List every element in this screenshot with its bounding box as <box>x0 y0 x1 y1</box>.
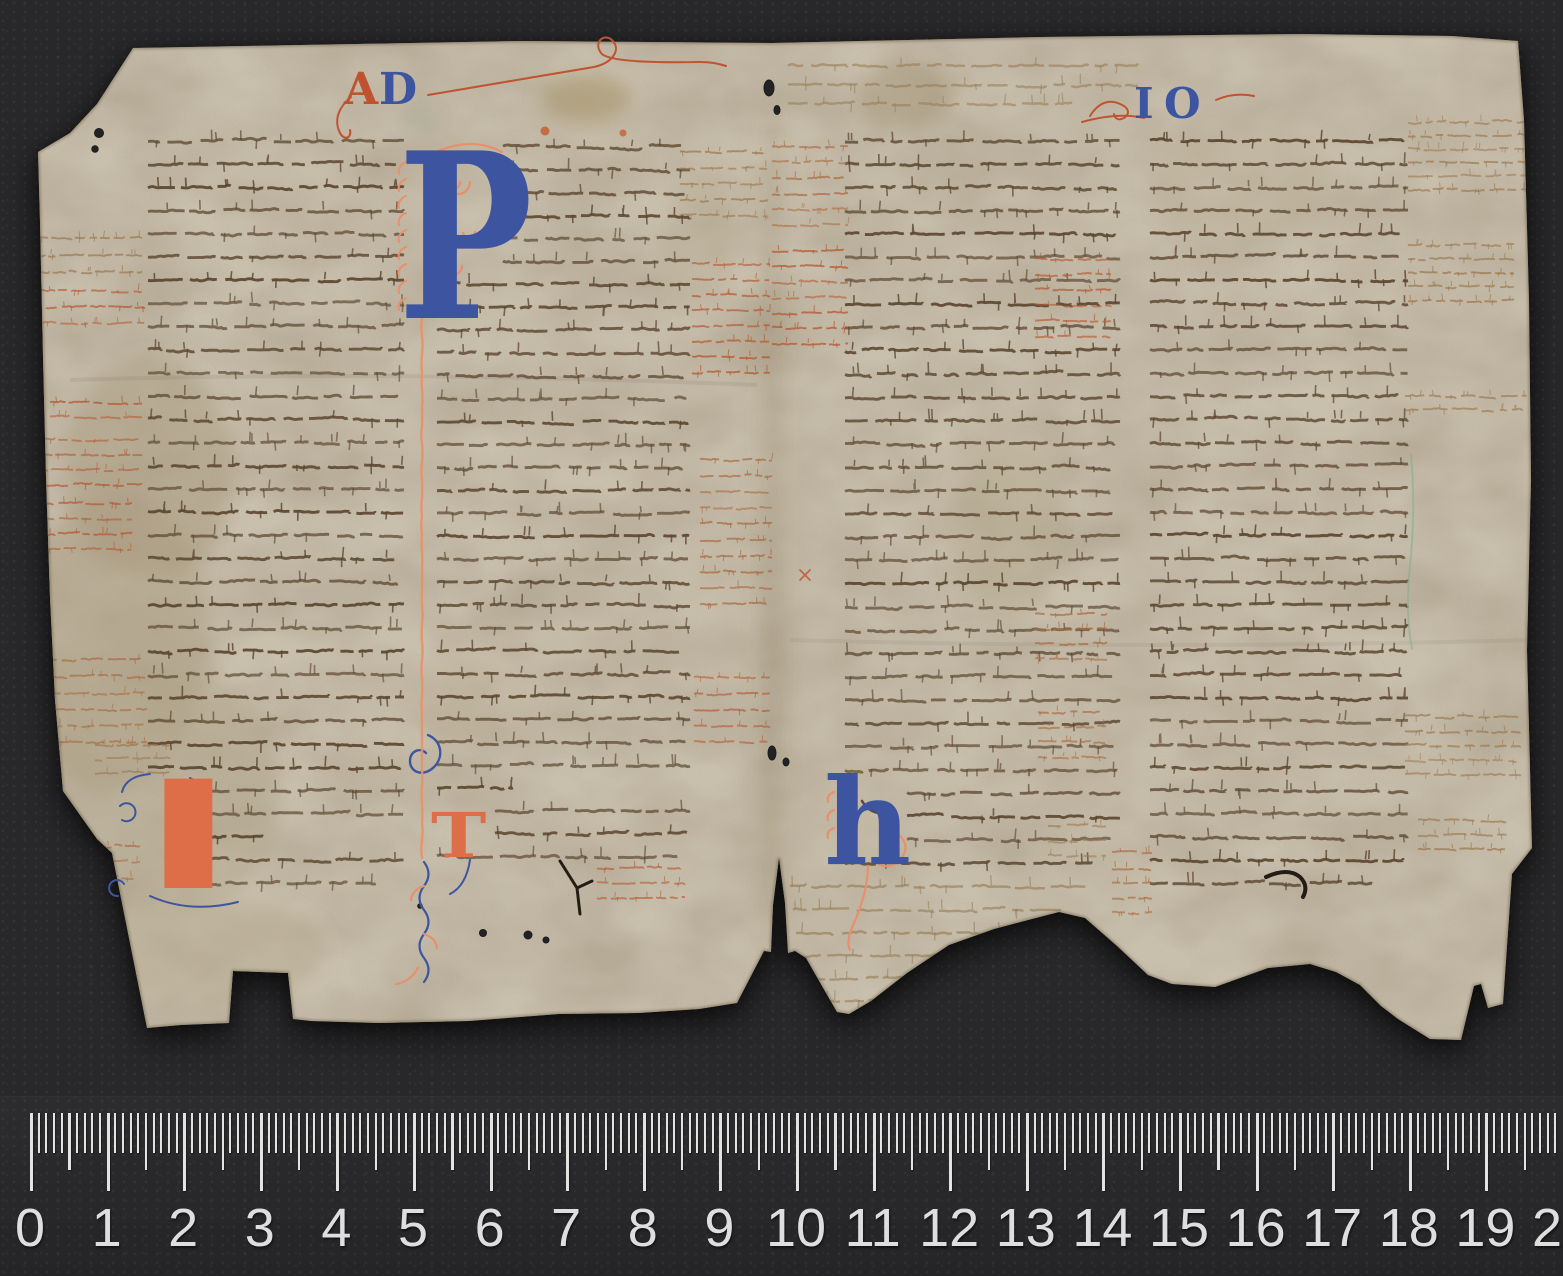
ruler-tick <box>1011 1113 1013 1153</box>
ruler-tick <box>290 1113 292 1153</box>
ruler-tick <box>1554 1113 1556 1153</box>
ruler-tick <box>474 1113 476 1153</box>
ruler-tick <box>628 1113 630 1153</box>
ruler-tick <box>1470 1113 1472 1153</box>
ruler-tick <box>651 1113 653 1153</box>
ruler-tick <box>788 1113 790 1153</box>
ruler-tick <box>76 1113 78 1153</box>
ruler-tick <box>972 1113 974 1153</box>
ruler-tick <box>827 1113 829 1153</box>
ruler-tick <box>1125 1113 1127 1153</box>
ruler-tick <box>1156 1113 1158 1153</box>
ruler-tick <box>206 1113 208 1153</box>
ruler-tick <box>1256 1113 1259 1191</box>
ruler-tick <box>873 1113 876 1191</box>
initial-t: T <box>431 800 486 872</box>
ruler-tick <box>1325 1113 1327 1153</box>
ruler-tick <box>1018 1113 1020 1153</box>
ruler-tick <box>1072 1113 1074 1153</box>
ruler-tick <box>834 1113 836 1170</box>
ruler-tick <box>1095 1113 1097 1153</box>
parchment-fragment: A D I O P I T h <box>0 0 1563 1276</box>
ruler-tick <box>398 1113 400 1153</box>
ruler-tick <box>459 1113 461 1153</box>
ruler-tick <box>1462 1113 1464 1153</box>
ruler-tick <box>589 1113 591 1153</box>
ruler-tick <box>551 1113 553 1153</box>
ruler-tick <box>597 1113 599 1153</box>
ruler-tick <box>1248 1113 1250 1153</box>
ruler-tick <box>130 1113 132 1153</box>
ruler-tick <box>1049 1113 1051 1153</box>
ruler-tick <box>965 1113 967 1153</box>
running-title-right-letter-i: I <box>1134 79 1154 128</box>
ruler-number: 16 <box>1226 1197 1286 1259</box>
ruler-tick <box>444 1113 446 1153</box>
ruler-tick <box>490 1113 493 1191</box>
ruler-tick <box>413 1113 416 1191</box>
ruler-tick <box>1056 1113 1058 1153</box>
ruler-tick <box>252 1113 254 1153</box>
ruler-tick <box>903 1113 905 1153</box>
ruler-tick <box>1409 1113 1412 1191</box>
ruler-tick <box>1478 1113 1480 1153</box>
ruler-number: 2 <box>168 1197 198 1259</box>
ruler-tick <box>804 1113 806 1153</box>
ruler-tick <box>811 1113 813 1153</box>
ruler-tick <box>1233 1113 1235 1153</box>
ruler-tick <box>911 1113 913 1170</box>
ruler-tick <box>283 1113 285 1153</box>
ruler-tick <box>183 1113 186 1191</box>
ruler-tick <box>1378 1113 1380 1153</box>
ruler-tick <box>543 1113 545 1153</box>
ruler-tick <box>153 1113 155 1153</box>
ruler-tick <box>260 1113 263 1191</box>
ruler-tick <box>1485 1113 1488 1191</box>
ruler-tick <box>919 1113 921 1153</box>
initial-p-descender <box>421 318 422 858</box>
ruler-tick <box>1424 1113 1426 1153</box>
ruler-tick <box>988 1113 990 1170</box>
ruler-number: 11 <box>845 1197 901 1259</box>
ruler-tick <box>742 1113 744 1153</box>
ruler-tick <box>949 1113 952 1191</box>
ruler-tick <box>1034 1113 1036 1153</box>
ruler-tick <box>1508 1113 1510 1153</box>
ruler-number: 1 <box>92 1197 122 1259</box>
ruler-tick <box>114 1113 116 1153</box>
ruler-number: 4 <box>321 1197 351 1259</box>
ruler-tick <box>237 1113 239 1153</box>
ruler-tick <box>38 1113 40 1153</box>
ruler-number: 3 <box>245 1197 275 1259</box>
ruler-tick <box>888 1113 890 1153</box>
ruler-tick <box>696 1113 698 1153</box>
ruler-tick <box>1317 1113 1319 1153</box>
ruler-tick <box>612 1113 614 1153</box>
ruler-tick <box>1302 1113 1304 1153</box>
running-title-right-letter-o: O <box>1164 79 1201 128</box>
initial-i: I <box>141 750 236 924</box>
ruler-tick <box>865 1113 867 1153</box>
ruler-number: 9 <box>704 1197 734 1259</box>
ruler-number: 17 <box>1302 1197 1362 1259</box>
fold-shadow <box>758 90 786 950</box>
ruler-tick <box>421 1113 423 1153</box>
ruler-number: 7 <box>551 1197 581 1259</box>
ruler-tick <box>199 1113 201 1153</box>
ruler-tick <box>1148 1113 1150 1153</box>
ruler-tick <box>84 1113 86 1153</box>
ruler-tick <box>1202 1113 1204 1153</box>
ruler-tick <box>306 1113 308 1153</box>
ruler-tick <box>245 1113 247 1153</box>
ruler-tick <box>896 1113 898 1153</box>
ruler-tick <box>1401 1113 1403 1153</box>
ruler-tick <box>482 1113 484 1153</box>
ruler-tick <box>268 1113 270 1153</box>
ruler-tick <box>313 1113 315 1153</box>
ruler-number: 19 <box>1455 1197 1515 1259</box>
ruler-tick <box>168 1113 170 1153</box>
ruler-number: 12 <box>919 1197 979 1259</box>
ruler-tick <box>229 1113 231 1153</box>
ruler-tick <box>191 1113 193 1153</box>
ruler-tick <box>1394 1113 1396 1153</box>
ruler-tick <box>1225 1113 1227 1153</box>
ruler-tick <box>1501 1113 1503 1153</box>
ruler-tick <box>1118 1113 1120 1153</box>
ruler-tick <box>850 1113 852 1153</box>
ruler-tick <box>99 1113 101 1153</box>
ruler-tick <box>773 1113 775 1153</box>
ruler-number: 15 <box>1149 1197 1209 1259</box>
ruler-tick <box>1164 1113 1166 1153</box>
ruler-tick <box>1187 1113 1189 1153</box>
ruler-number: 10 <box>766 1197 826 1259</box>
ruler-tick <box>367 1113 369 1153</box>
ruler-tick <box>750 1113 752 1153</box>
ruler-tick <box>1026 1113 1029 1191</box>
ruler-tick <box>796 1113 799 1191</box>
ruler-tick <box>934 1113 936 1153</box>
ruler-tick <box>781 1113 783 1153</box>
ruler-tick <box>727 1113 729 1153</box>
ruler-tick <box>719 1113 722 1191</box>
ruler-tick <box>520 1113 522 1153</box>
ruler-tick <box>712 1113 714 1153</box>
ruler-tick <box>1531 1113 1533 1153</box>
ruler-tick <box>122 1113 124 1153</box>
ruler-tick <box>1294 1113 1296 1170</box>
ruler-tick <box>957 1113 959 1153</box>
ruler-tick <box>1286 1113 1288 1153</box>
ruler-tick <box>1447 1113 1449 1170</box>
ruler-tick <box>61 1113 63 1153</box>
ruler-tick <box>1110 1113 1112 1153</box>
ruler-tick <box>1417 1113 1419 1153</box>
ruler-tick <box>359 1113 361 1153</box>
ruler-tick <box>1217 1113 1219 1170</box>
ruler-tick <box>1087 1113 1089 1153</box>
ruler-tick <box>926 1113 928 1153</box>
ruler-tick <box>352 1113 354 1153</box>
ruler-tick <box>405 1113 407 1153</box>
gloss-line <box>1112 882 1152 883</box>
ruler-tick <box>1210 1113 1212 1153</box>
ruler-tick <box>1493 1113 1495 1153</box>
ruler-tick <box>942 1113 944 1153</box>
ruler-tick <box>1064 1113 1066 1170</box>
ruler-tick <box>1348 1113 1350 1153</box>
ruler-tick <box>758 1113 760 1170</box>
ruler-number: 8 <box>628 1197 658 1259</box>
ruler-tick <box>842 1113 844 1153</box>
ruler-tick <box>1547 1113 1549 1153</box>
ruler-tick <box>390 1113 392 1153</box>
ruler-tick <box>107 1113 110 1191</box>
ruler-tick <box>321 1113 323 1153</box>
ruler-number: 5 <box>398 1197 428 1259</box>
ruler-tick <box>53 1113 55 1153</box>
ruler-tick <box>1003 1113 1005 1153</box>
ruler-tick <box>1079 1113 1081 1153</box>
ruler-tick <box>635 1113 637 1153</box>
manuscript-photograph: A D I O P I T h 012345678910111213141516… <box>0 0 1563 1276</box>
ruler-tick <box>643 1113 646 1191</box>
running-title-left-letter-a: A <box>343 64 379 115</box>
ruler-tick <box>528 1113 530 1170</box>
ruler-tick <box>536 1113 538 1153</box>
ruler-tick <box>382 1113 384 1153</box>
ruler-tick <box>1240 1113 1242 1153</box>
ruler-tick <box>1455 1113 1457 1153</box>
ruler-tick <box>30 1113 33 1191</box>
ruler-tick <box>704 1113 706 1153</box>
ruler-tick <box>91 1113 93 1153</box>
ruler-tick <box>1386 1113 1388 1153</box>
ruler-tick <box>214 1113 216 1153</box>
ruler-number: 20 <box>1532 1197 1563 1259</box>
ruler-tick <box>1340 1113 1342 1153</box>
ruler-tick <box>344 1113 346 1153</box>
ruler-tick <box>1133 1113 1135 1153</box>
ruler-tick <box>298 1113 300 1170</box>
ruler-tick <box>375 1113 377 1170</box>
ruler-tick <box>995 1113 997 1153</box>
ruler-tick <box>765 1113 767 1153</box>
ruler-tick <box>1041 1113 1043 1153</box>
ruler-tick <box>880 1113 882 1153</box>
ruler-tick <box>137 1113 139 1153</box>
ruler-tick <box>145 1113 147 1170</box>
ruler-tick <box>1141 1113 1143 1170</box>
ruler-tick <box>1332 1113 1335 1191</box>
ruler-tick <box>1363 1113 1365 1153</box>
ruler-tick <box>45 1113 47 1153</box>
ruler: 01234567891011121314151617181920 <box>0 1096 1563 1276</box>
ruler-tick <box>1524 1113 1526 1170</box>
ruler-tick <box>574 1113 576 1153</box>
ruler-tick <box>1439 1113 1441 1153</box>
ruler-tick <box>1309 1113 1311 1153</box>
gloss-line <box>1112 869 1151 870</box>
ruler-tick <box>666 1113 668 1153</box>
ruler-tick <box>582 1113 584 1153</box>
initial-p: P <box>398 102 533 373</box>
ruler-tick <box>1432 1113 1434 1153</box>
ruler-tick <box>467 1113 469 1153</box>
ruler-tick <box>735 1113 737 1153</box>
initial-h: h <box>824 752 911 893</box>
ruler-tick <box>681 1113 683 1170</box>
ruler-tick <box>1279 1113 1281 1153</box>
ruler-tick <box>1539 1113 1541 1153</box>
ruler-tick <box>1271 1113 1273 1153</box>
ruler-tick <box>1179 1113 1182 1191</box>
ruler-tick <box>275 1113 277 1153</box>
ruler-tick <box>222 1113 224 1170</box>
ruler-tick <box>497 1113 499 1153</box>
ruler-tick <box>436 1113 438 1153</box>
ruler-number: 13 <box>996 1197 1056 1259</box>
ruler-tick <box>673 1113 675 1153</box>
ruler-tick <box>1194 1113 1196 1153</box>
ruler-tick <box>329 1113 331 1153</box>
ruler-number: 18 <box>1379 1197 1439 1259</box>
ruler-tick <box>605 1113 607 1170</box>
ruler-tick <box>857 1113 859 1153</box>
ruler-tick <box>1263 1113 1265 1153</box>
ruler-number: 0 <box>15 1197 45 1259</box>
ruler-tick <box>505 1113 507 1153</box>
ruler-tick <box>1516 1113 1518 1153</box>
ruler-tick <box>1102 1113 1105 1191</box>
ruler-tick <box>176 1113 178 1153</box>
ruler-tick <box>336 1113 339 1191</box>
ruler-tick <box>1171 1113 1173 1153</box>
ruler-tick <box>980 1113 982 1153</box>
ruler-tick <box>451 1113 453 1170</box>
ruler-tick <box>566 1113 569 1191</box>
ruler-tick <box>689 1113 691 1153</box>
ruler-tick <box>620 1113 622 1153</box>
ruler-tick <box>658 1113 660 1153</box>
ruler-tick <box>513 1113 515 1153</box>
ruler-tick <box>559 1113 561 1153</box>
ruler-number: 14 <box>1072 1197 1132 1259</box>
ruler-tick <box>1355 1113 1357 1153</box>
ruler-tick <box>819 1113 821 1153</box>
ruler-tick <box>68 1113 70 1170</box>
ruler-tick <box>1371 1113 1373 1170</box>
ruler-tick <box>160 1113 162 1153</box>
ruler-tick <box>428 1113 430 1153</box>
ruler-number: 6 <box>475 1197 505 1259</box>
